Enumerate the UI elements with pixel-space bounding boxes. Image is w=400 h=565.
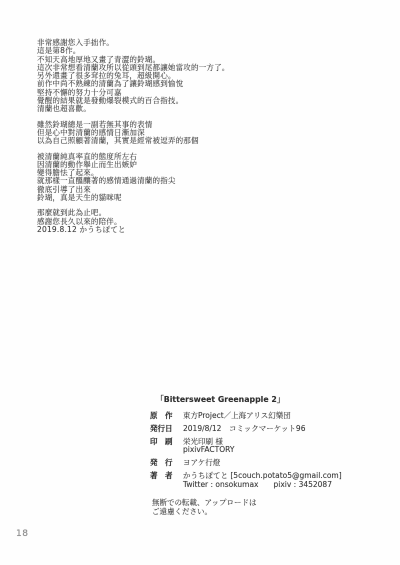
colophon-row-original: 原 作 東方Project／上海アリス幻樂団 bbox=[150, 412, 342, 421]
afterword-line: 以為自己照顧著清蘭，其實是經常被逗弄的那個 bbox=[37, 137, 230, 145]
colophon-author-sns: Twitter : onsokumax pixiv : 3452087 bbox=[183, 481, 342, 490]
colophon-value: 東方Project／上海アリス幻樂団 bbox=[183, 412, 291, 421]
colophon-label: 原 作 bbox=[150, 412, 183, 421]
colophon-value: ヨアケ行燈 bbox=[183, 459, 220, 468]
afterword-text: 非常感謝您入手拙作。 這是第8作。 不知天高地厚地又畫了青澀的鈴瑚。 這次非常想… bbox=[37, 39, 230, 234]
page-number: 18 bbox=[16, 529, 28, 539]
afterword-paragraph-3: 被清蘭純真率直的態度所左右 因清蘭的動作舉止而生出嫉妒 變得膽怯了起來。 就那樣… bbox=[37, 153, 230, 203]
notice-line: ご遠慮ください。 bbox=[152, 508, 342, 517]
afterword-line: 清蘭也超喜歡。 bbox=[37, 105, 230, 113]
colophon-label: 著 者 bbox=[150, 472, 183, 489]
colophon-row-printing: 印 刷 栄光印刷 様 pixivFACTORY bbox=[150, 438, 342, 455]
afterword-line: 鈴瑚，真是天生的貓咪呢 bbox=[37, 194, 230, 202]
doujinshi-afterword-page: 非常感謝您入手拙作。 這是第8作。 不知天高地厚地又畫了青澀的鈴瑚。 這次非常想… bbox=[0, 0, 400, 565]
colophon-label: 印 刷 bbox=[150, 438, 183, 455]
colophon-row-publisher: 発 行 ヨアケ行燈 bbox=[150, 459, 342, 468]
colophon-row-author: 著 者 かうちぽてと [5couch.potato5@gmail.com] Tw… bbox=[150, 472, 342, 489]
colophon: 「Bittersweet Greenapple 2」 原 作 東方Project… bbox=[150, 396, 342, 516]
colophon-row-publish-date: 発行日 2019/8/12 コミックマーケット96 bbox=[150, 425, 342, 434]
colophon-value: pixivFACTORY bbox=[183, 446, 234, 455]
colophon-label: 発行日 bbox=[150, 425, 183, 434]
colophon-label: 発 行 bbox=[150, 459, 183, 468]
colophon-value: 2019/8/12 コミックマーケット96 bbox=[183, 425, 305, 434]
afterword-paragraph-1: 非常感謝您入手拙作。 這是第8作。 不知天高地厚地又畫了青澀的鈴瑚。 這次非常想… bbox=[37, 39, 230, 114]
reproduction-notice: 無断での転載、アップロードは ご遠慮ください。 bbox=[152, 499, 342, 516]
afterword-paragraph-2: 雖然鈴瑚總是一副若無其事的表情 但是心中對清蘭的感情日漸加深 以為自己照顧著清蘭… bbox=[37, 121, 230, 146]
book-title: 「Bittersweet Greenapple 2」 bbox=[156, 396, 342, 405]
afterword-paragraph-4: 那麼就到此為止吧。 感謝您長久以來的陪伴。 2019.8.12 かうちぽてと bbox=[37, 209, 230, 234]
afterword-signature: 2019.8.12 かうちぽてと bbox=[37, 226, 230, 234]
